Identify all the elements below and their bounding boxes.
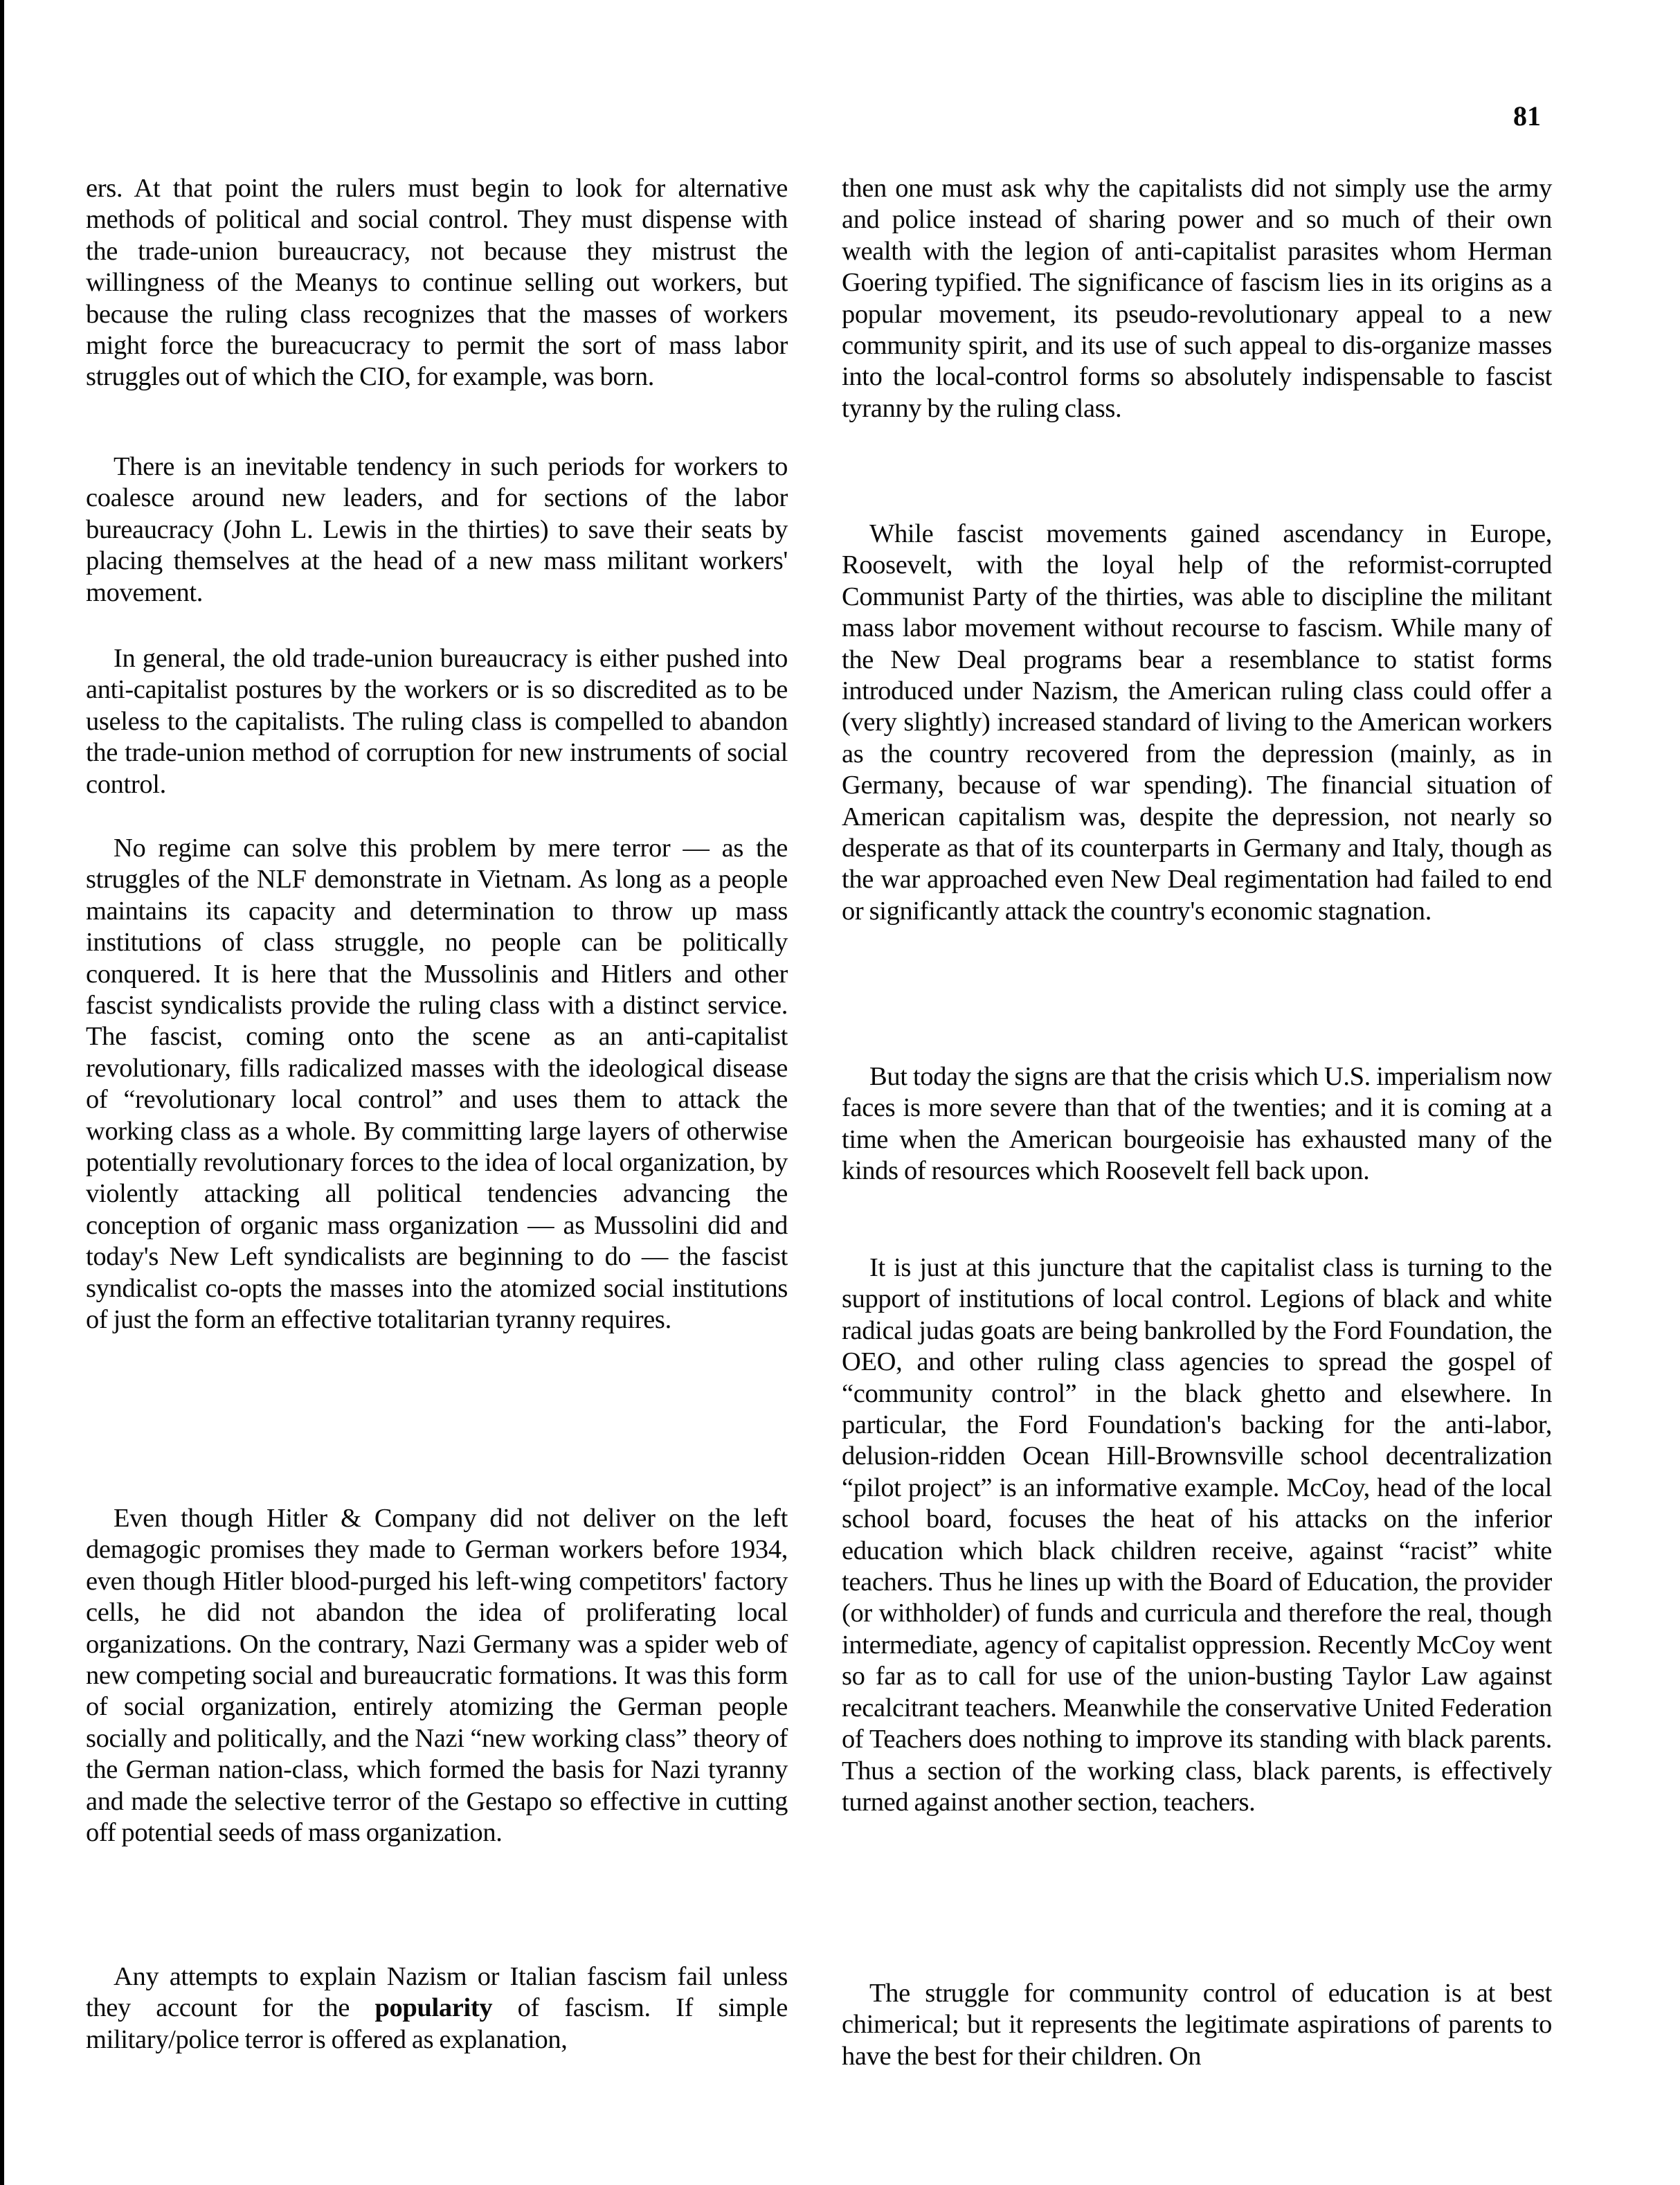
paragraph: In general, the old trade-union bureaucr…	[86, 643, 788, 800]
paragraph: But today the signs are that the crisis …	[842, 1061, 1552, 1187]
paragraph: No regime can solve this problem by mere…	[86, 833, 788, 1336]
paragraph: It is just at this juncture that the cap…	[842, 1252, 1552, 1818]
paragraph: The struggle for community control of ed…	[842, 1978, 1552, 2072]
emphasis-bold: popularity	[374, 1993, 492, 2022]
paragraph: then one must ask why the capitalists di…	[842, 173, 1552, 424]
paragraph: Even though Hitler & Company did not del…	[86, 1503, 788, 1849]
scan-edge-bar	[0, 0, 4, 2185]
page-number: 81	[1513, 101, 1541, 132]
paragraph: Any attempts to explain Nazism or Italia…	[86, 1961, 788, 2056]
paragraph: There is an inevitable tendency in such …	[86, 451, 788, 609]
paragraph: ers. At that point the rulers must begin…	[86, 173, 788, 393]
paragraph: While fascist movements gained ascendanc…	[842, 519, 1552, 927]
